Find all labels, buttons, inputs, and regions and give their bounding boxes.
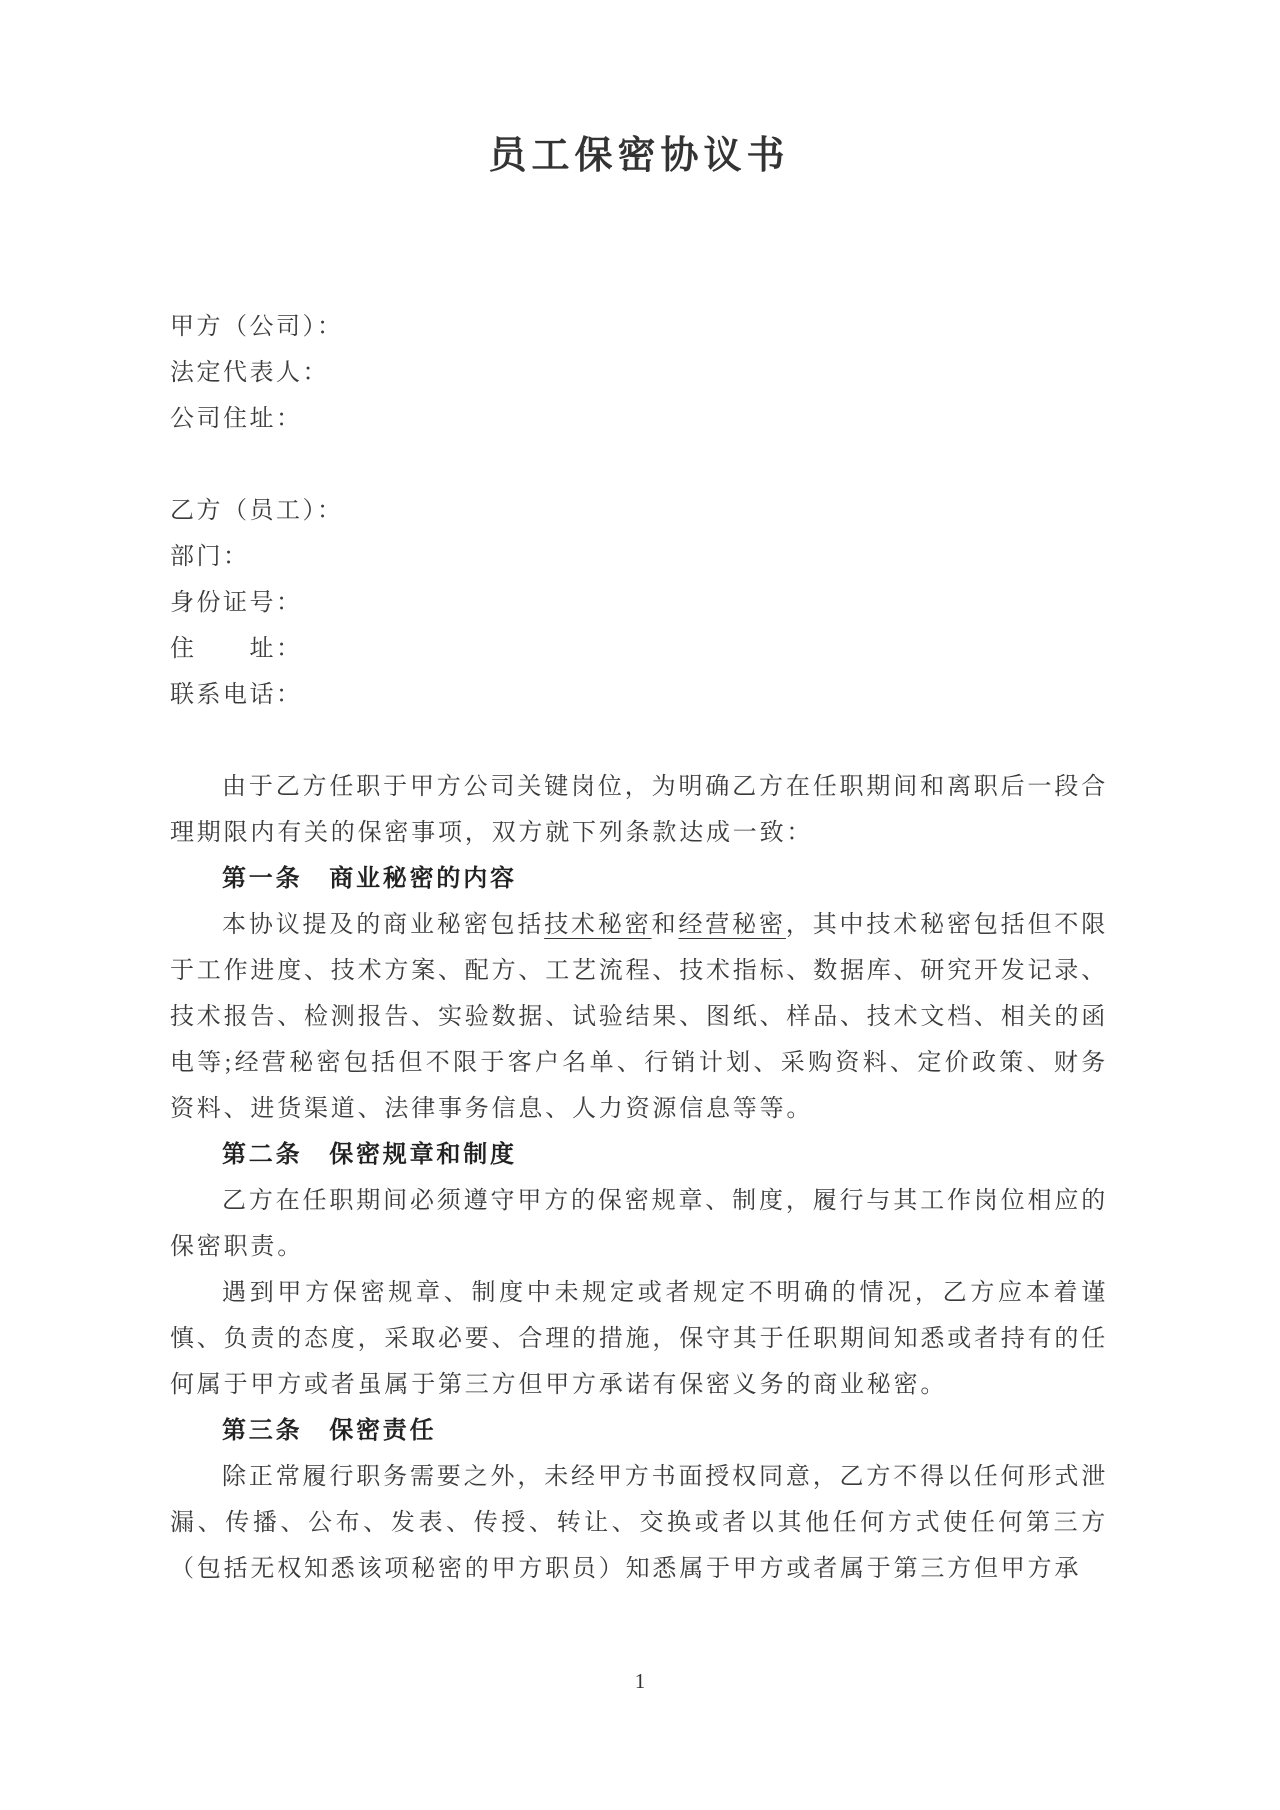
blank-line [170, 442, 1108, 488]
party-b-section: 乙方（员工）： 部门： 身份证号： 住 址： 联系电话： [170, 488, 1108, 718]
article-1-text-after: ，其中技术秘密包括但不限于工作进度、技术方案、配方、工艺流程、技术指标、数据库、… [170, 912, 1108, 1122]
intro-paragraph: 由于乙方任职于甲方公司关键岗位，为明确乙方在任职期间和离职后一段合理期限内有关的… [170, 764, 1108, 856]
agreement-body: 由于乙方任职于甲方公司关键岗位，为明确乙方在任职期间和离职后一段合理期限内有关的… [170, 764, 1108, 1592]
party-a-company-label: 甲方（公司）： [170, 304, 1108, 350]
document-content: 员工保密协议书 甲方（公司）： 法定代表人： 公司住址： 乙方（员工）： 部门：… [170, 128, 1108, 1592]
article-1-text-and: 和 [652, 912, 679, 938]
blank-line [170, 718, 1108, 764]
party-b-phone-label: 联系电话： [170, 672, 1108, 718]
party-a-section: 甲方（公司）： 法定代表人： 公司住址： [170, 304, 1108, 442]
article-2-paragraph-2: 遇到甲方保密规章、制度中未规定或者规定不明确的情况，乙方应本着谨慎、负责的态度，… [170, 1270, 1108, 1408]
tech-secret-underlined: 技术秘密 [544, 912, 651, 938]
article-1-text-before: 本协议提及的商业秘密包括 [222, 912, 544, 938]
document-page: 员工保密协议书 甲方（公司）： 法定代表人： 公司住址： 乙方（员工）： 部门：… [0, 0, 1280, 1810]
party-a-legal-rep-label: 法定代表人： [170, 350, 1108, 396]
biz-secret-underlined: 经营秘密 [678, 912, 785, 938]
article-1-paragraph: 本协议提及的商业秘密包括技术秘密和经营秘密，其中技术秘密包括但不限于工作进度、技… [170, 902, 1108, 1132]
article-1-heading: 第一条 商业秘密的内容 [170, 856, 1108, 902]
party-b-address-label: 住 址： [170, 626, 1108, 672]
article-3-heading: 第三条 保密责任 [170, 1408, 1108, 1454]
page-number: 1 [0, 1666, 1280, 1696]
document-title: 员工保密协议书 [170, 128, 1108, 184]
article-2-paragraph-1: 乙方在任职期间必须遵守甲方的保密规章、制度，履行与其工作岗位相应的保密职责。 [170, 1178, 1108, 1270]
party-b-department-label: 部门： [170, 534, 1108, 580]
party-a-address-label: 公司住址： [170, 396, 1108, 442]
party-b-employee-label: 乙方（员工）： [170, 488, 1108, 534]
article-3-paragraph: 除正常履行职务需要之外，未经甲方书面授权同意，乙方不得以任何形式泄漏、传播、公布… [170, 1454, 1108, 1592]
party-b-id-number-label: 身份证号： [170, 580, 1108, 626]
article-2-heading: 第二条 保密规章和制度 [170, 1132, 1108, 1178]
